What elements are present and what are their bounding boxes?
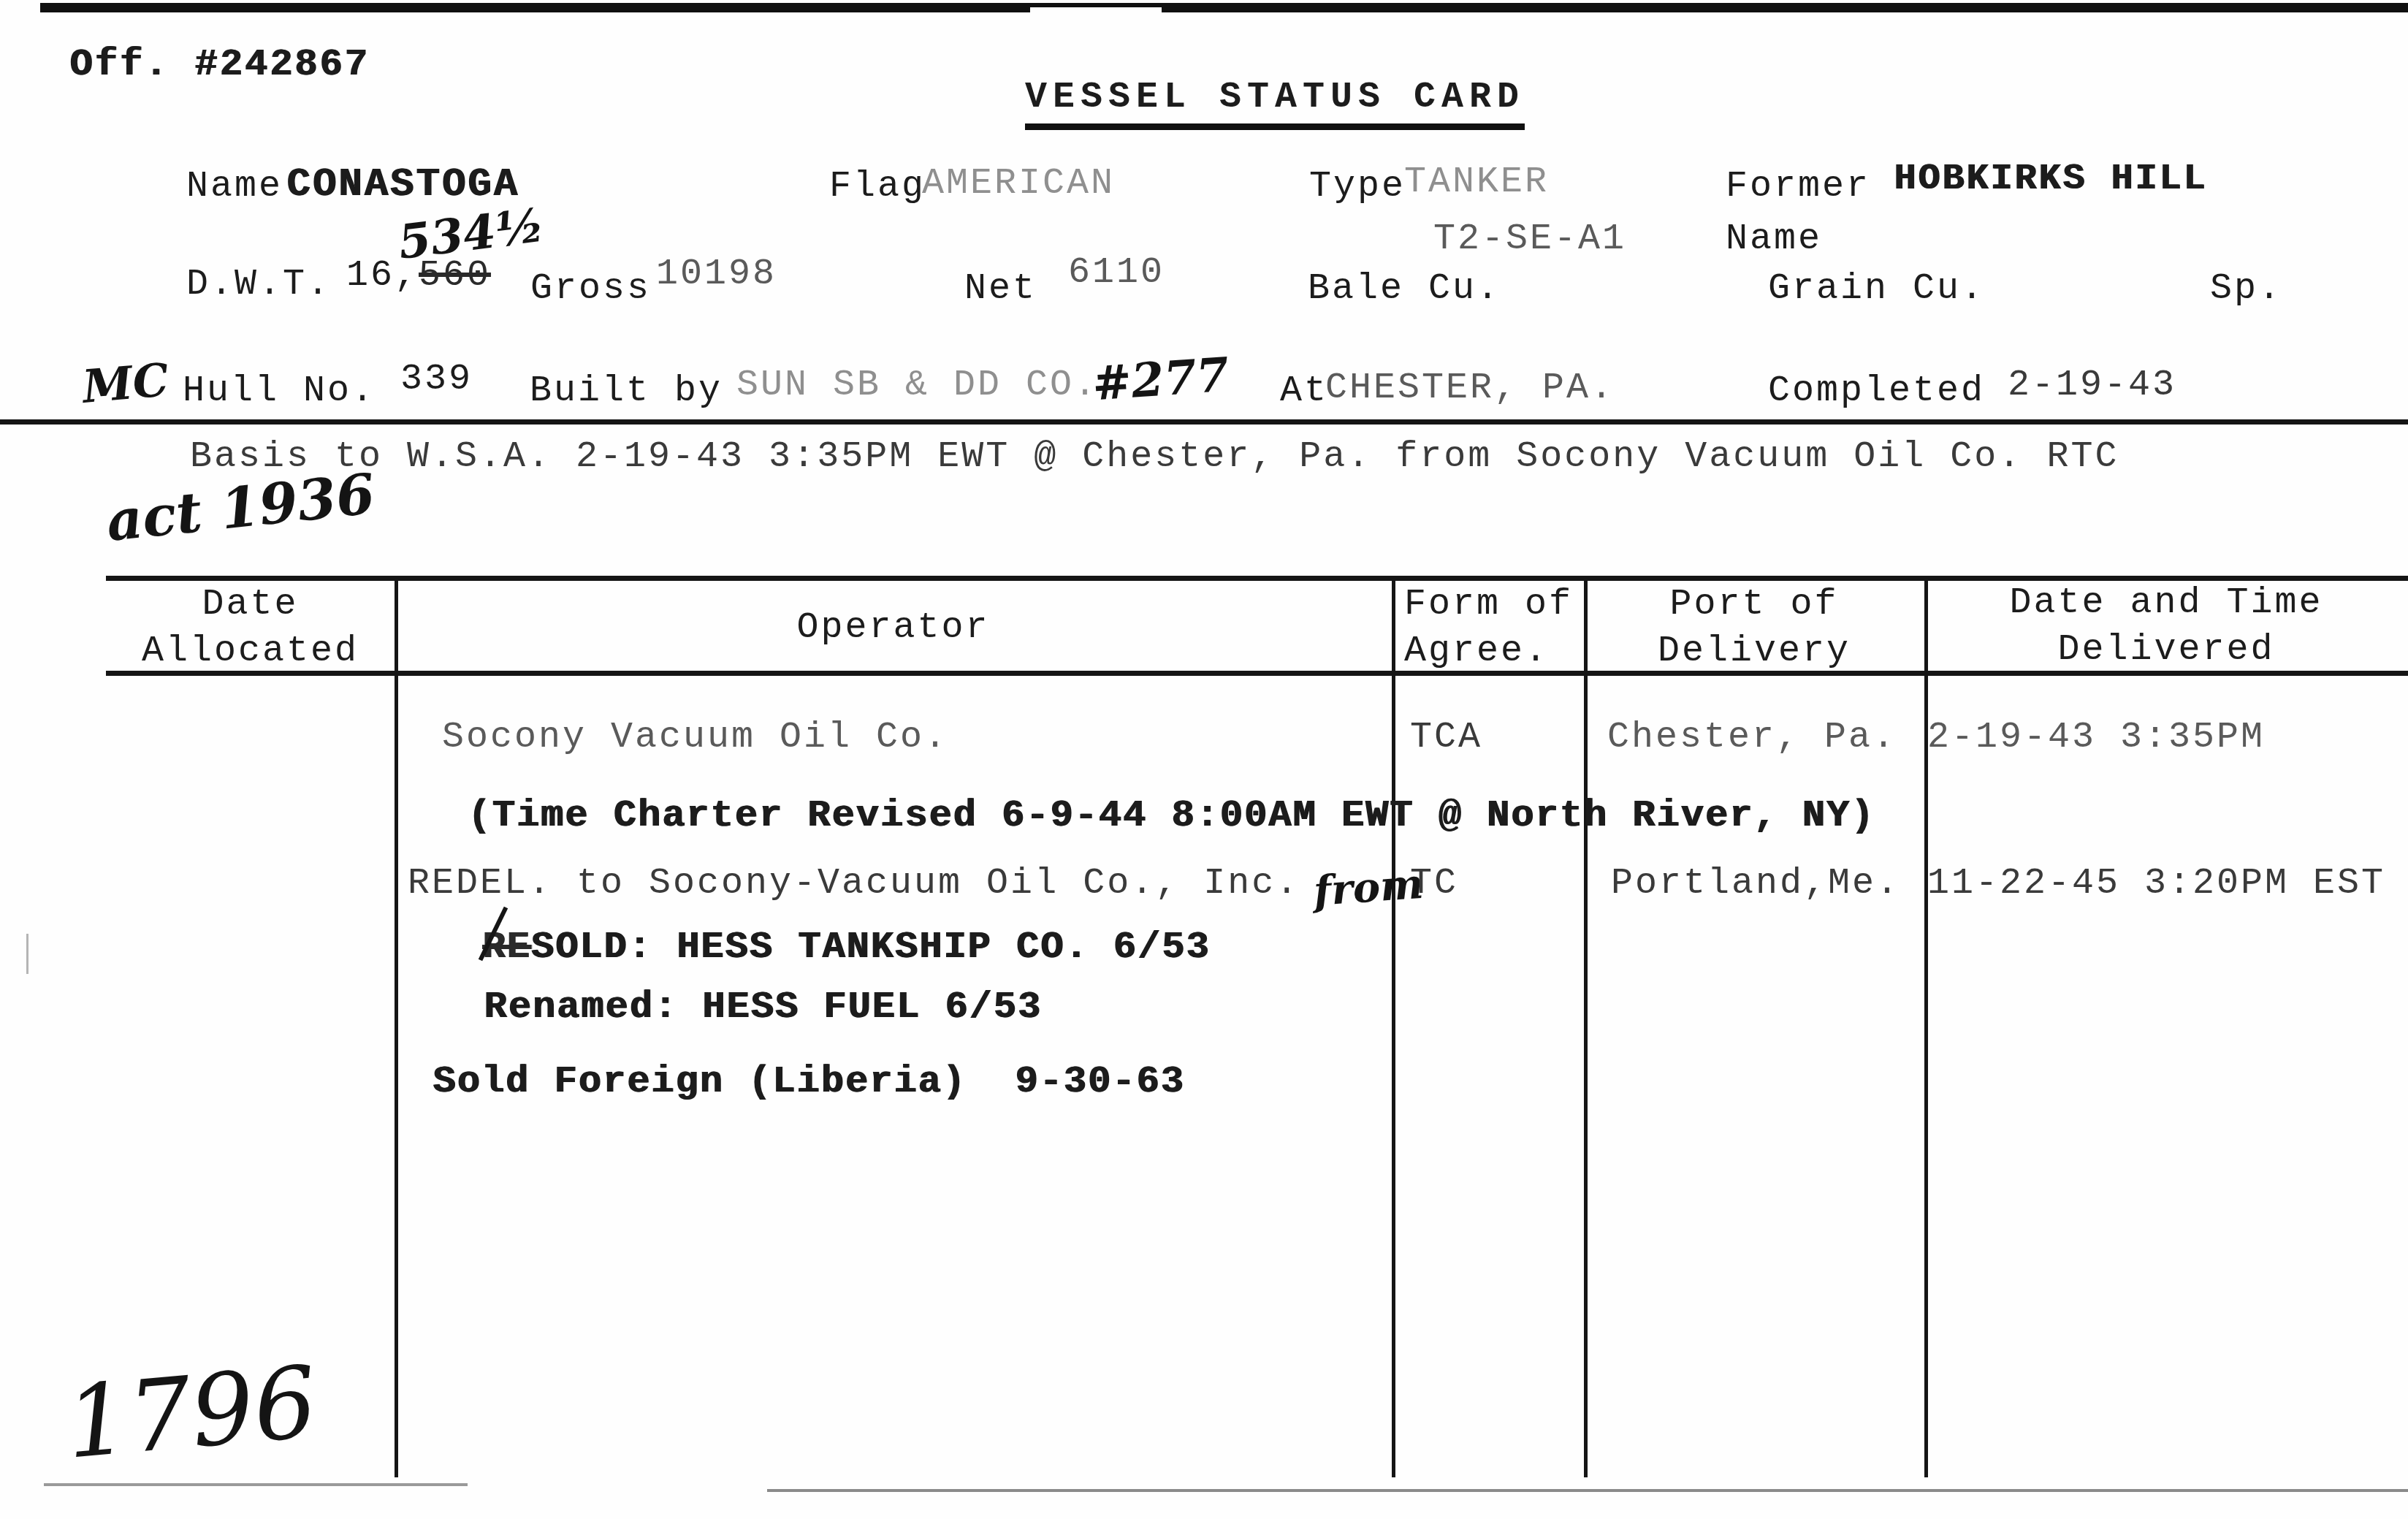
field-built-by-label: Built by: [530, 371, 723, 411]
vessel-status-card: Off. #242867 VESSEL STATUS CARD Name CON…: [0, 0, 2408, 1519]
field-bale-label: Bale Cu.: [1308, 269, 1501, 309]
row5-renamed-line: Renamed: HESS FUEL 6/53: [484, 986, 1042, 1028]
act-handwritten: act 1936: [103, 461, 378, 554]
row1-form: TCA: [1410, 717, 1482, 758]
field-net-label: Net: [964, 269, 1037, 309]
col-header-form-line1: Form of: [1404, 585, 1573, 625]
completed-value: 2-19-43: [2008, 365, 2176, 406]
row2-time-charter-note: (Time Charter Revised 6-9-44 8:00AM EWT …: [468, 795, 1875, 837]
dwt-value-prefix: 16,: [346, 255, 419, 297]
footer-handwritten-number: 1796: [61, 1344, 321, 1480]
row3-port: Portland,Me.: [1611, 864, 1900, 904]
field-sp-label: Sp.: [2210, 269, 2282, 309]
gross-value: 10198: [656, 254, 777, 294]
divider-line: [0, 419, 2408, 425]
net-value: 6110: [1068, 253, 1165, 293]
col-header-date-allocated-line1: Date: [106, 585, 395, 625]
col-header-port-line2: Delivery: [1584, 631, 1924, 671]
field-grain-label: Grain Cu.: [1768, 269, 1985, 309]
table-header-border: [106, 671, 2408, 676]
scan-top-edge: [40, 3, 2408, 12]
field-dwt-label: D.W.T.: [186, 264, 331, 305]
built-at-value: CHESTER, PA.: [1325, 368, 1615, 408]
row3-operator: REDEL. to Socony-Vacuum Oil Co., Inc.: [408, 864, 1300, 904]
mc-handwritten: MC: [80, 353, 171, 414]
col-header-delivered-line2: Delivered: [1924, 630, 2408, 670]
field-completed-label: Completed: [1768, 371, 1985, 411]
row1-operator: Socony Vacuum Oil Co.: [442, 717, 948, 758]
scan-bottom-line-right: [767, 1489, 2408, 1492]
row3-delivered: 11-22-45 3:20PM EST: [1927, 864, 2385, 904]
field-former-name-label-line1: Former: [1726, 167, 1870, 207]
dwt-value-struck: 560: [419, 255, 491, 297]
table-top-border: [106, 576, 2408, 581]
scan-margin-tick: [26, 934, 28, 974]
basis-line: Basis to W.S.A. 2-19-43 3:35PM EWT @ Che…: [190, 437, 2119, 477]
field-flag-label: Flag: [829, 167, 926, 207]
table-col-line-3: [1584, 576, 1588, 1477]
row3-from-handwritten: from: [1312, 860, 1425, 915]
yard-number-handwritten: #277: [1091, 348, 1231, 412]
field-former-name-label-line2: Name: [1726, 219, 1822, 259]
row1-delivered: 2-19-43 3:35PM: [1927, 717, 2265, 758]
table-col-line-2: [1392, 576, 1395, 1477]
flag-value: AMERICAN: [922, 164, 1115, 204]
field-hull-label: Hull No.: [183, 371, 376, 411]
former-name-value: HOBKIRKS HILL: [1894, 159, 2207, 199]
field-at-label: At: [1280, 371, 1328, 411]
table-col-line-1: [395, 576, 398, 1477]
row6-sold-foreign-line: Sold Foreign (Liberia) 9-30-63: [433, 1061, 1184, 1103]
row4-sold-text: SOLD: HESS TANKSHIP CO. 6/53: [530, 926, 1210, 969]
scan-bottom-line-left: [44, 1483, 468, 1486]
vessel-name-value: CONASTOGA: [286, 164, 519, 207]
hull-value: 339: [400, 359, 473, 400]
row3-form: TC: [1410, 864, 1458, 904]
type-value-line2: T2-SE-A1: [1433, 219, 1626, 259]
row1-port: Chester, Pa.: [1607, 717, 1897, 758]
official-number: Off. #242867: [69, 44, 369, 85]
page-title: VESSEL STATUS CARD: [1025, 77, 1525, 130]
col-header-form-line2: Agree.: [1404, 631, 1549, 671]
col-header-delivered-line1: Date and Time: [1924, 583, 2408, 623]
col-header-port-line1: Port of: [1584, 585, 1924, 625]
type-value: TANKER: [1404, 162, 1549, 202]
dwt-value: 16,560: [346, 256, 491, 296]
scan-top-edge-gap: [1030, 7, 1162, 13]
field-type-label: Type: [1309, 167, 1406, 207]
row4-struck-prefix: RE: [482, 926, 530, 969]
col-header-date-allocated-line2: Allocated: [106, 631, 395, 671]
col-header-operator: Operator: [395, 608, 1392, 648]
field-name-label: Name: [186, 167, 283, 207]
built-by-value: SUN SB & DD CO.: [736, 365, 1098, 406]
row4-sold-line: RESOLD: HESS TANKSHIP CO. 6/53: [482, 926, 1210, 968]
table-col-line-4: [1924, 576, 1928, 1477]
field-gross-label: Gross: [530, 269, 651, 309]
